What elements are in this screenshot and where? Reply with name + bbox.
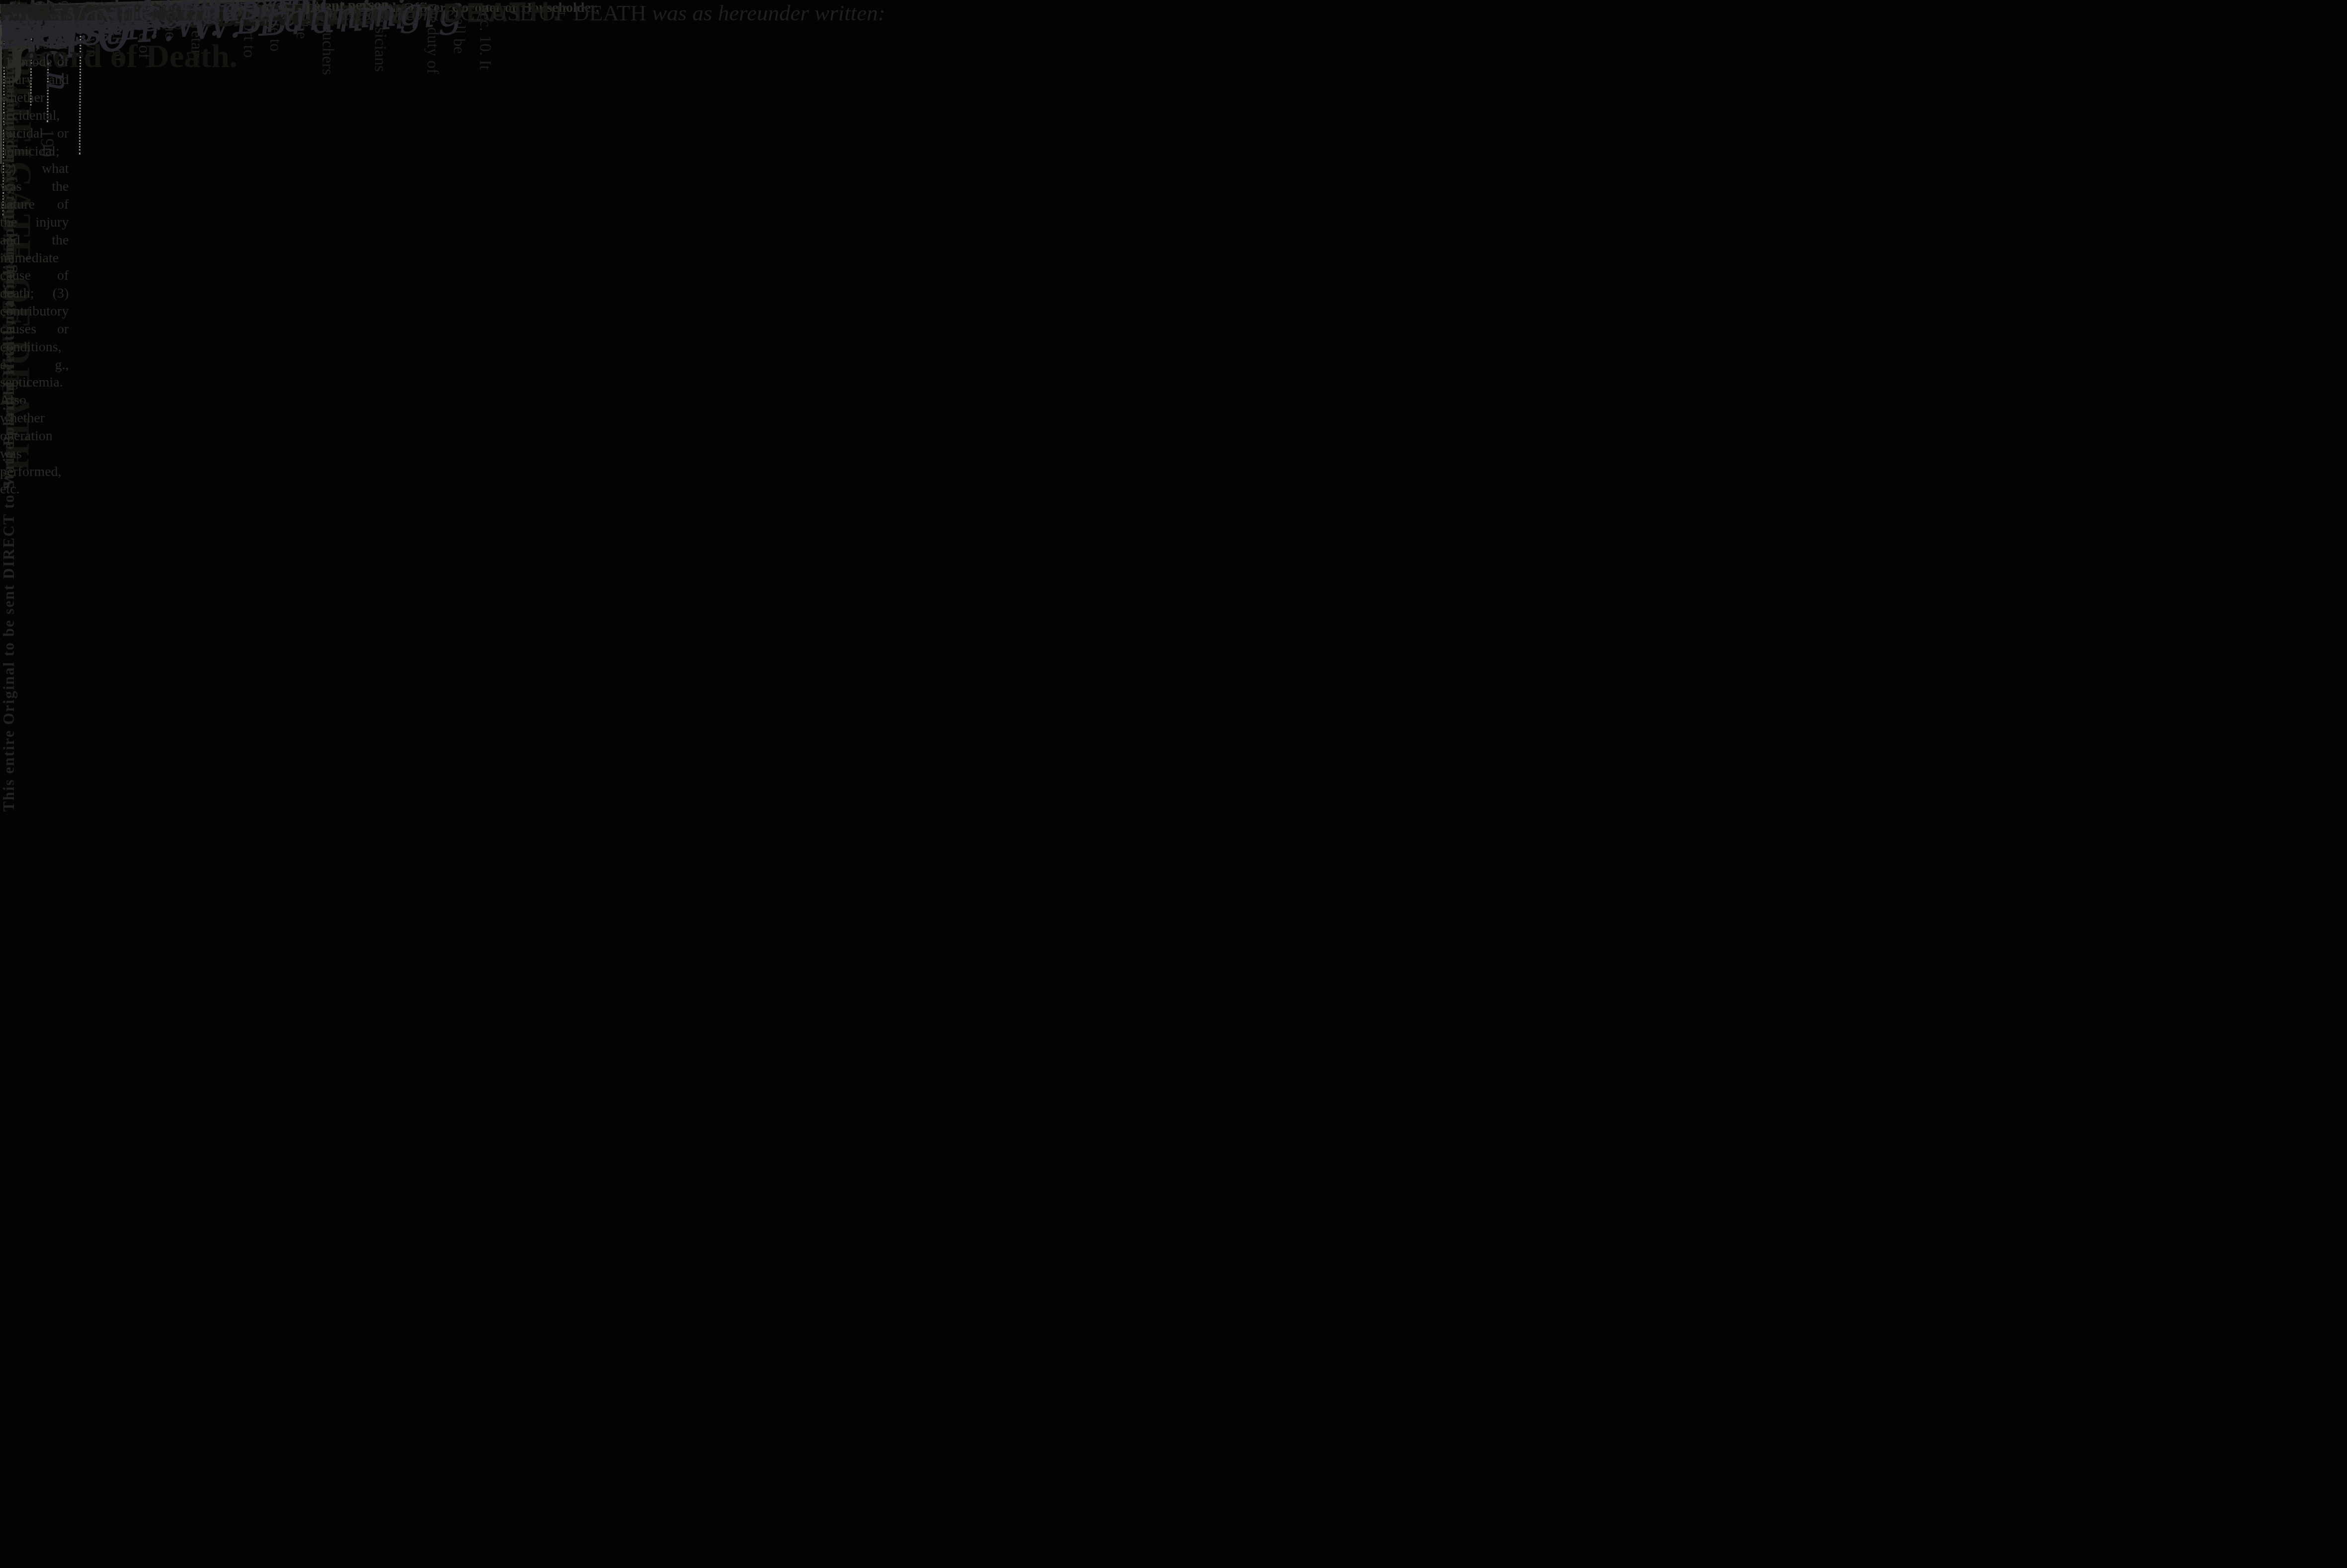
violent-note-c: state (1) mode of injury and whether acc… <box>0 37 69 497</box>
address-label: Address, <box>0 0 79 26</box>
scanned-death-certificate-photo: CERTIFICATE OF DEATH No. 161 190 1 E of … <box>0 0 2347 1568</box>
cause-of-death-caps: CAUSE OF DEATH <box>460 0 646 25</box>
certify-line3-c: was as hereunder written: <box>646 0 885 25</box>
page-bottom-shadow <box>0 0 10 4</box>
